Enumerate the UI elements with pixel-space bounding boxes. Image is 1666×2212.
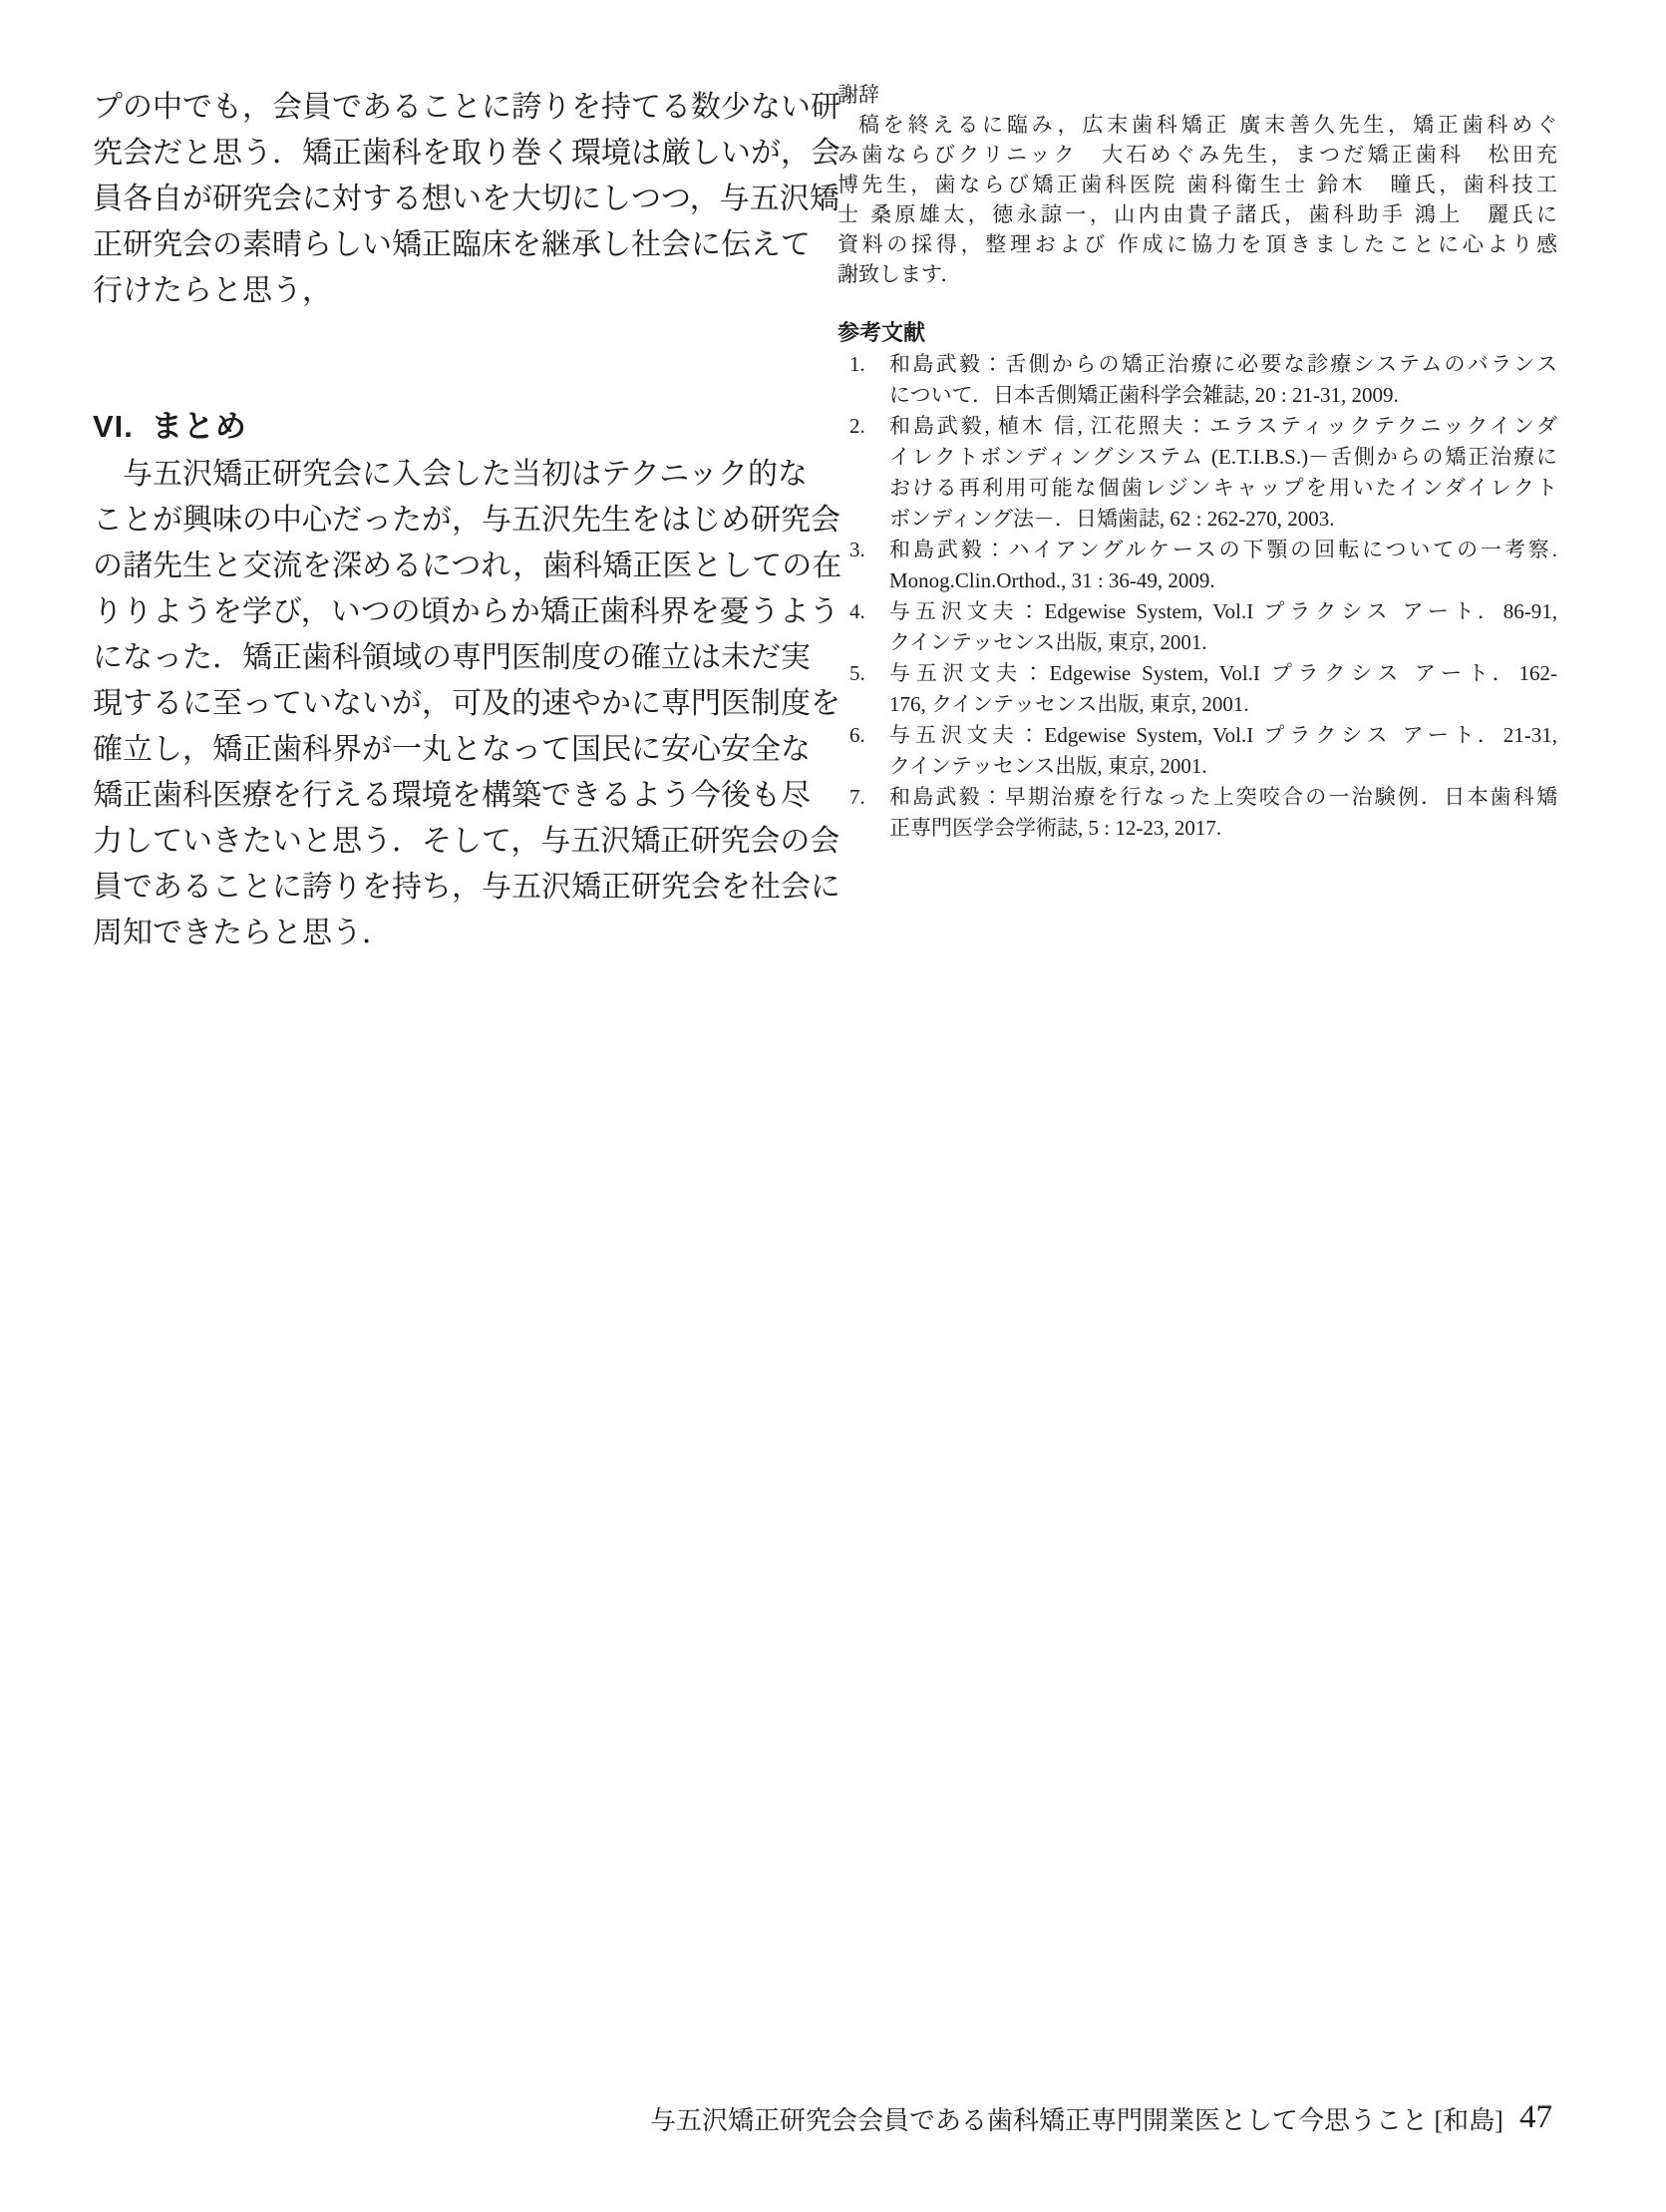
summary-paragraph: 与五沢矯正研究会に入会した当初はテクニック的な ことが興味の中心だったが，与五沢… <box>93 452 807 956</box>
running-title: 与五沢矯正研究会会員である歯科矯正専門開業医として今思うこと [和島] <box>650 2104 1503 2138</box>
reference-number: 5. <box>849 658 865 689</box>
reference-line: 和島武毅：早期治療を行なった上突咬合の一治験例．日本歯科矯 <box>889 782 1557 813</box>
reference-number: 6. <box>849 720 865 751</box>
intro-line: 行けたらと思う， <box>93 268 807 314</box>
summary-line: 与五沢矯正研究会に入会した当初はテクニック的な <box>93 452 807 498</box>
reference-line: クインテッセンス出版, 東京, 2001. <box>889 751 1557 782</box>
reference-line: について．日本舌側矯正歯科学会雑誌, 20 : 21-31, 2009. <box>889 380 1557 411</box>
reference-line: 与五沢文夫：Edgewise System, Vol.I プラクシス アート．2… <box>889 720 1557 751</box>
reference-item: 5. 与五沢文夫：Edgewise System, Vol.I プラクシス アー… <box>837 658 1557 720</box>
summary-line: になった．矯正歯科領域の専門医制度の確立は未だ実 <box>93 635 807 681</box>
acknowledgment-line: み歯ならびクリニック 大石めぐみ先生，まつだ矯正歯科 松田充 <box>837 140 1557 170</box>
reference-line: 176, クインテッセンス出版, 東京, 2001. <box>889 689 1557 720</box>
summary-line: 確立し，矯正歯科界が一丸となって国民に安心安全な <box>93 727 807 773</box>
section-numeral: VI. <box>93 409 134 444</box>
reference-item: 1. 和島武毅：舌側からの矯正治療に必要な診療システムのバランス について．日本… <box>837 349 1557 411</box>
document-page: プの中でも，会員であることに誇りを持てる数少ない研 究会だと思う．矯正歯科を取り… <box>0 0 1666 2212</box>
reference-line: Monog.Clin.Orthod., 31 : 36-49, 2009. <box>889 565 1557 596</box>
acknowledgment-paragraph: 稿を終えるに臨み，広末歯科矯正 廣末善久先生，矯正歯科めぐ み歯ならびクリニック… <box>837 110 1557 289</box>
reference-number: 7. <box>849 782 865 813</box>
reference-line: クインテッセンス出版, 東京, 2001. <box>889 627 1557 658</box>
reference-line: 正専門医学会学術誌, 5 : 12-23, 2017. <box>889 813 1557 844</box>
reference-number: 3. <box>849 535 865 565</box>
intro-line: 員各自が研究会に対する想いを大切にしつつ，与五沢矯 <box>93 177 807 222</box>
reference-line: 和島武毅, 植木 信, 江花照夫：エラスティックテクニックインダ <box>889 411 1557 442</box>
reference-line: 和島武毅：舌側からの矯正治療に必要な診療システムのバランス <box>889 349 1557 380</box>
summary-section-heading: VI.まとめ <box>93 402 807 452</box>
reference-line: 与五沢文夫：Edgewise System, Vol.I プラクシス アート．1… <box>889 658 1557 689</box>
summary-line: りりようを学び，いつの頃からか矯正歯科界を憂うよう <box>93 589 807 635</box>
reference-line: 与五沢文夫：Edgewise System, Vol.I プラクシス アート．8… <box>889 596 1557 627</box>
summary-line: の諸先生と交流を深めるにつれ，歯科矯正医としての在 <box>93 544 807 589</box>
left-column: プの中でも，会員であることに誇りを持てる数少ない研 究会だと思う．矯正歯科を取り… <box>93 85 807 956</box>
summary-line: 周知できたらと思う． <box>93 911 807 956</box>
reference-item: 7. 和島武毅：早期治療を行なった上突咬合の一治験例．日本歯科矯 正専門医学会学… <box>837 782 1557 844</box>
summary-line: 力していきたいと思う．そして，与五沢矯正研究会の会 <box>93 819 807 865</box>
reference-item: 2. 和島武毅, 植木 信, 江花照夫：エラスティックテクニックインダ イレクト… <box>837 411 1557 535</box>
intro-line: 究会だと思う．矯正歯科を取り巻く環境は厳しいが，会 <box>93 131 807 177</box>
section-title: まとめ <box>152 409 247 444</box>
reference-item: 4. 与五沢文夫：Edgewise System, Vol.I プラクシス アー… <box>837 596 1557 658</box>
acknowledgment-line: 稿を終えるに臨み，広末歯科矯正 廣末善久先生，矯正歯科めぐ <box>837 110 1557 140</box>
acknowledgment-heading: 謝辞 <box>837 80 1557 110</box>
intro-line: プの中でも，会員であることに誇りを持てる数少ない研 <box>93 85 807 131</box>
reference-number: 1. <box>849 349 865 380</box>
acknowledgment-line: 資料の採得，整理および 作成に協力を頂きましたことに心より感 <box>837 229 1557 259</box>
intro-line: 正研究会の素晴らしい矯正臨床を継承し社会に伝えて <box>93 222 807 268</box>
summary-line: 現するに至っていないが，可及的速やかに専門医制度を <box>93 681 807 727</box>
reference-line: ボンディング法－．日矯歯誌, 62 : 262-270, 2003. <box>889 504 1557 535</box>
reference-line: イレクトボンディングシステム (E.T.I.B.S.)－舌側からの矯正治療に <box>889 442 1557 473</box>
reference-number: 2. <box>849 411 865 442</box>
acknowledgment-line: 博先生，歯ならび矯正歯科医院 歯科衛生士 鈴木 瞳氏，歯科技工 <box>837 170 1557 199</box>
acknowledgment-line: 謝致します． <box>837 259 1557 289</box>
summary-line: ことが興味の中心だったが，与五沢先生をはじめ研究会 <box>93 498 807 544</box>
reference-item: 6. 与五沢文夫：Edgewise System, Vol.I プラクシス アー… <box>837 720 1557 782</box>
page-number: 47 <box>1519 2097 1552 2137</box>
reference-line: おける再利用可能な個歯レジンキャップを用いたインダイレクト <box>889 473 1557 504</box>
acknowledgment-line: 士 桑原雄太，徳永諒一，山内由貴子諸氏，歯科助手 鴻上 麗氏に <box>837 199 1557 229</box>
references-heading: 参考文献 <box>837 317 1557 349</box>
references-list: 1. 和島武毅：舌側からの矯正治療に必要な診療システムのバランス について．日本… <box>837 349 1557 844</box>
summary-line: 員であることに誇りを持ち，与五沢矯正研究会を社会に <box>93 865 807 911</box>
reference-number: 4. <box>849 596 865 627</box>
reference-line: 和島武毅：ハイアングルケースの下顎の回転についての一考察. <box>889 535 1557 565</box>
summary-line: 矯正歯科医療を行える環境を構築できるよう今後も尽 <box>93 773 807 819</box>
right-column: 謝辞 稿を終えるに臨み，広末歯科矯正 廣末善久先生，矯正歯科めぐ み歯ならびクリ… <box>837 80 1557 844</box>
intro-paragraph: プの中でも，会員であることに誇りを持てる数少ない研 究会だと思う．矯正歯科を取り… <box>93 85 807 314</box>
reference-item: 3. 和島武毅：ハイアングルケースの下顎の回転についての一考察. Monog.C… <box>837 535 1557 596</box>
